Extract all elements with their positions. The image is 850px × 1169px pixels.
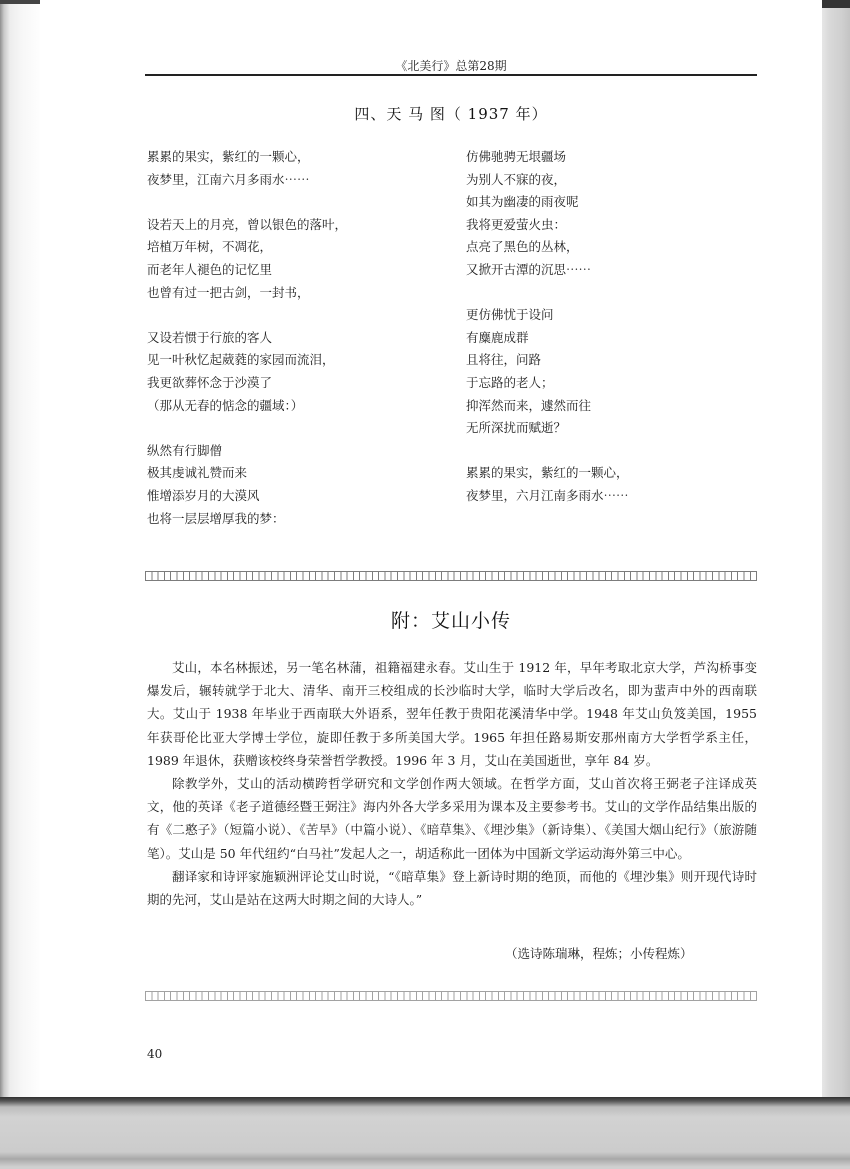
poem-line: 又掀开古潭的沉思⋯⋯ [466,259,766,282]
poem-line: 为别人不寐的夜， [466,169,766,192]
scanner-right-corner [822,0,850,8]
poem-line: 累累的果实，紫红的一颗心， [147,146,447,169]
poem-line: 点亮了黑色的丛林， [466,236,766,259]
poem-line: 见一叶秋忆起葳蕤的家园而流泪， [147,349,447,372]
stanza: 累累的果实，紫红的一颗心， 夜梦里，江南六月多雨水⋯⋯ [147,146,447,191]
poem-line: 且将往，问路 [466,349,766,372]
poem-line: 无所深扰而赋逝？ [466,417,766,440]
poem-left-column: 累累的果实，紫红的一颗心， 夜梦里，江南六月多雨水⋯⋯ 设若天上的月亮，曾以银色… [147,146,447,553]
document-page: 《北美行》总第28期 四、天 马 图（ 1937 年） 累累的果实，紫红的一颗心… [0,0,822,1097]
poem-line: 夜梦里，六月江南多雨水⋯⋯ [466,485,766,508]
poem-line: 我更欲葬怀念于沙漠了 [147,372,447,395]
poem-line: 也将一层层增厚我的梦： [147,508,447,531]
poem-line: 仿佛驰骋无垠疆场 [466,146,766,169]
poem-line: 纵然有行脚僧 [147,440,447,463]
poem-line: 惟增添岁月的大漠风 [147,485,447,508]
header-rule [145,74,757,76]
poem-line: 如其为幽凄的雨夜呢 [466,191,766,214]
poem-line: 也曾有过一把古剑，一封书， [147,282,447,305]
poem-line: 于忘路的老人； [466,372,766,395]
poem-title: 四、天 马 图（ 1937 年） [145,103,757,124]
running-head: 《北美行》总第28期 [145,57,757,74]
poem-line: 极其虔诚礼赞而来 [147,462,447,485]
poem-line: 夜梦里，江南六月多雨水⋯⋯ [147,169,447,192]
scanner-bottom-edge [0,1097,850,1169]
poem-line: 设若天上的月亮，曾以银色的落叶， [147,214,447,237]
decorative-box-divider [145,991,757,1001]
poem-line: 有麋鹿成群 [466,327,766,350]
stanza: 累累的果实，紫红的一颗心， 夜梦里，六月江南多雨水⋯⋯ [466,462,766,507]
poem-line: 又设若惯于行旅的客人 [147,327,447,350]
bio-paragraph: 艾山，本名林振述，另一笔名林蒲，祖籍福建永春。艾山生于 1912 年，早年考取北… [147,656,757,772]
stanza: 设若天上的月亮，曾以银色的落叶， 培植万年树，不凋花， 而老年人褪色的记忆里 也… [147,214,447,304]
poem-line: 抑浑然而来，遽然而往 [466,395,766,418]
poem-line: 更仿佛忧于设问 [466,304,766,327]
bio-paragraph: 翻译家和诗评家施颖洲评论艾山时说，“《暗草集》登上新诗时期的绝顶，而他的《埋沙集… [147,865,757,911]
poem-line: 我将更爱萤火虫： [466,214,766,237]
bio-body: 艾山，本名林振述，另一笔名林蒲，祖籍福建永春。艾山生于 1912 年，早年考取北… [147,656,757,911]
scanner-right-edge [822,0,850,1169]
poem-line: 累累的果实，紫红的一颗心， [466,462,766,485]
stanza: 更仿佛忧于设问 有麋鹿成群 且将往，问路 于忘路的老人； 抑浑然而来，遽然而往 … [466,304,766,440]
poem-line: 而老年人褪色的记忆里 [147,259,447,282]
poem-right-column: 仿佛驰骋无垠疆场 为别人不寐的夜， 如其为幽凄的雨夜呢 我将更爱萤火虫： 点亮了… [466,146,766,530]
stanza: 仿佛驰骋无垠疆场 为别人不寐的夜， 如其为幽凄的雨夜呢 我将更爱萤火虫： 点亮了… [466,146,766,282]
poem-line: （那从无春的惦念的疆域：） [147,395,447,418]
bio-paragraph: 除教学外，艾山的活动横跨哲学研究和文学创作两大领域。在哲学方面，艾山首次将王弼老… [147,772,757,865]
credit-line: （选诗陈瑞琳，程炼；小传程炼） [505,944,755,962]
bio-title: 附：艾山小传 [145,606,757,633]
decorative-box-divider [145,571,757,581]
stanza: 又设若惯于行旅的客人 见一叶秋忆起葳蕤的家园而流泪， 我更欲葬怀念于沙漠了 （那… [147,327,447,417]
poem-line: 培植万年树，不凋花， [147,236,447,259]
page-number: 40 [147,1047,162,1061]
stanza: 纵然有行脚僧 极其虔诚礼赞而来 惟增添岁月的大漠风 也将一层层增厚我的梦： [147,440,447,530]
